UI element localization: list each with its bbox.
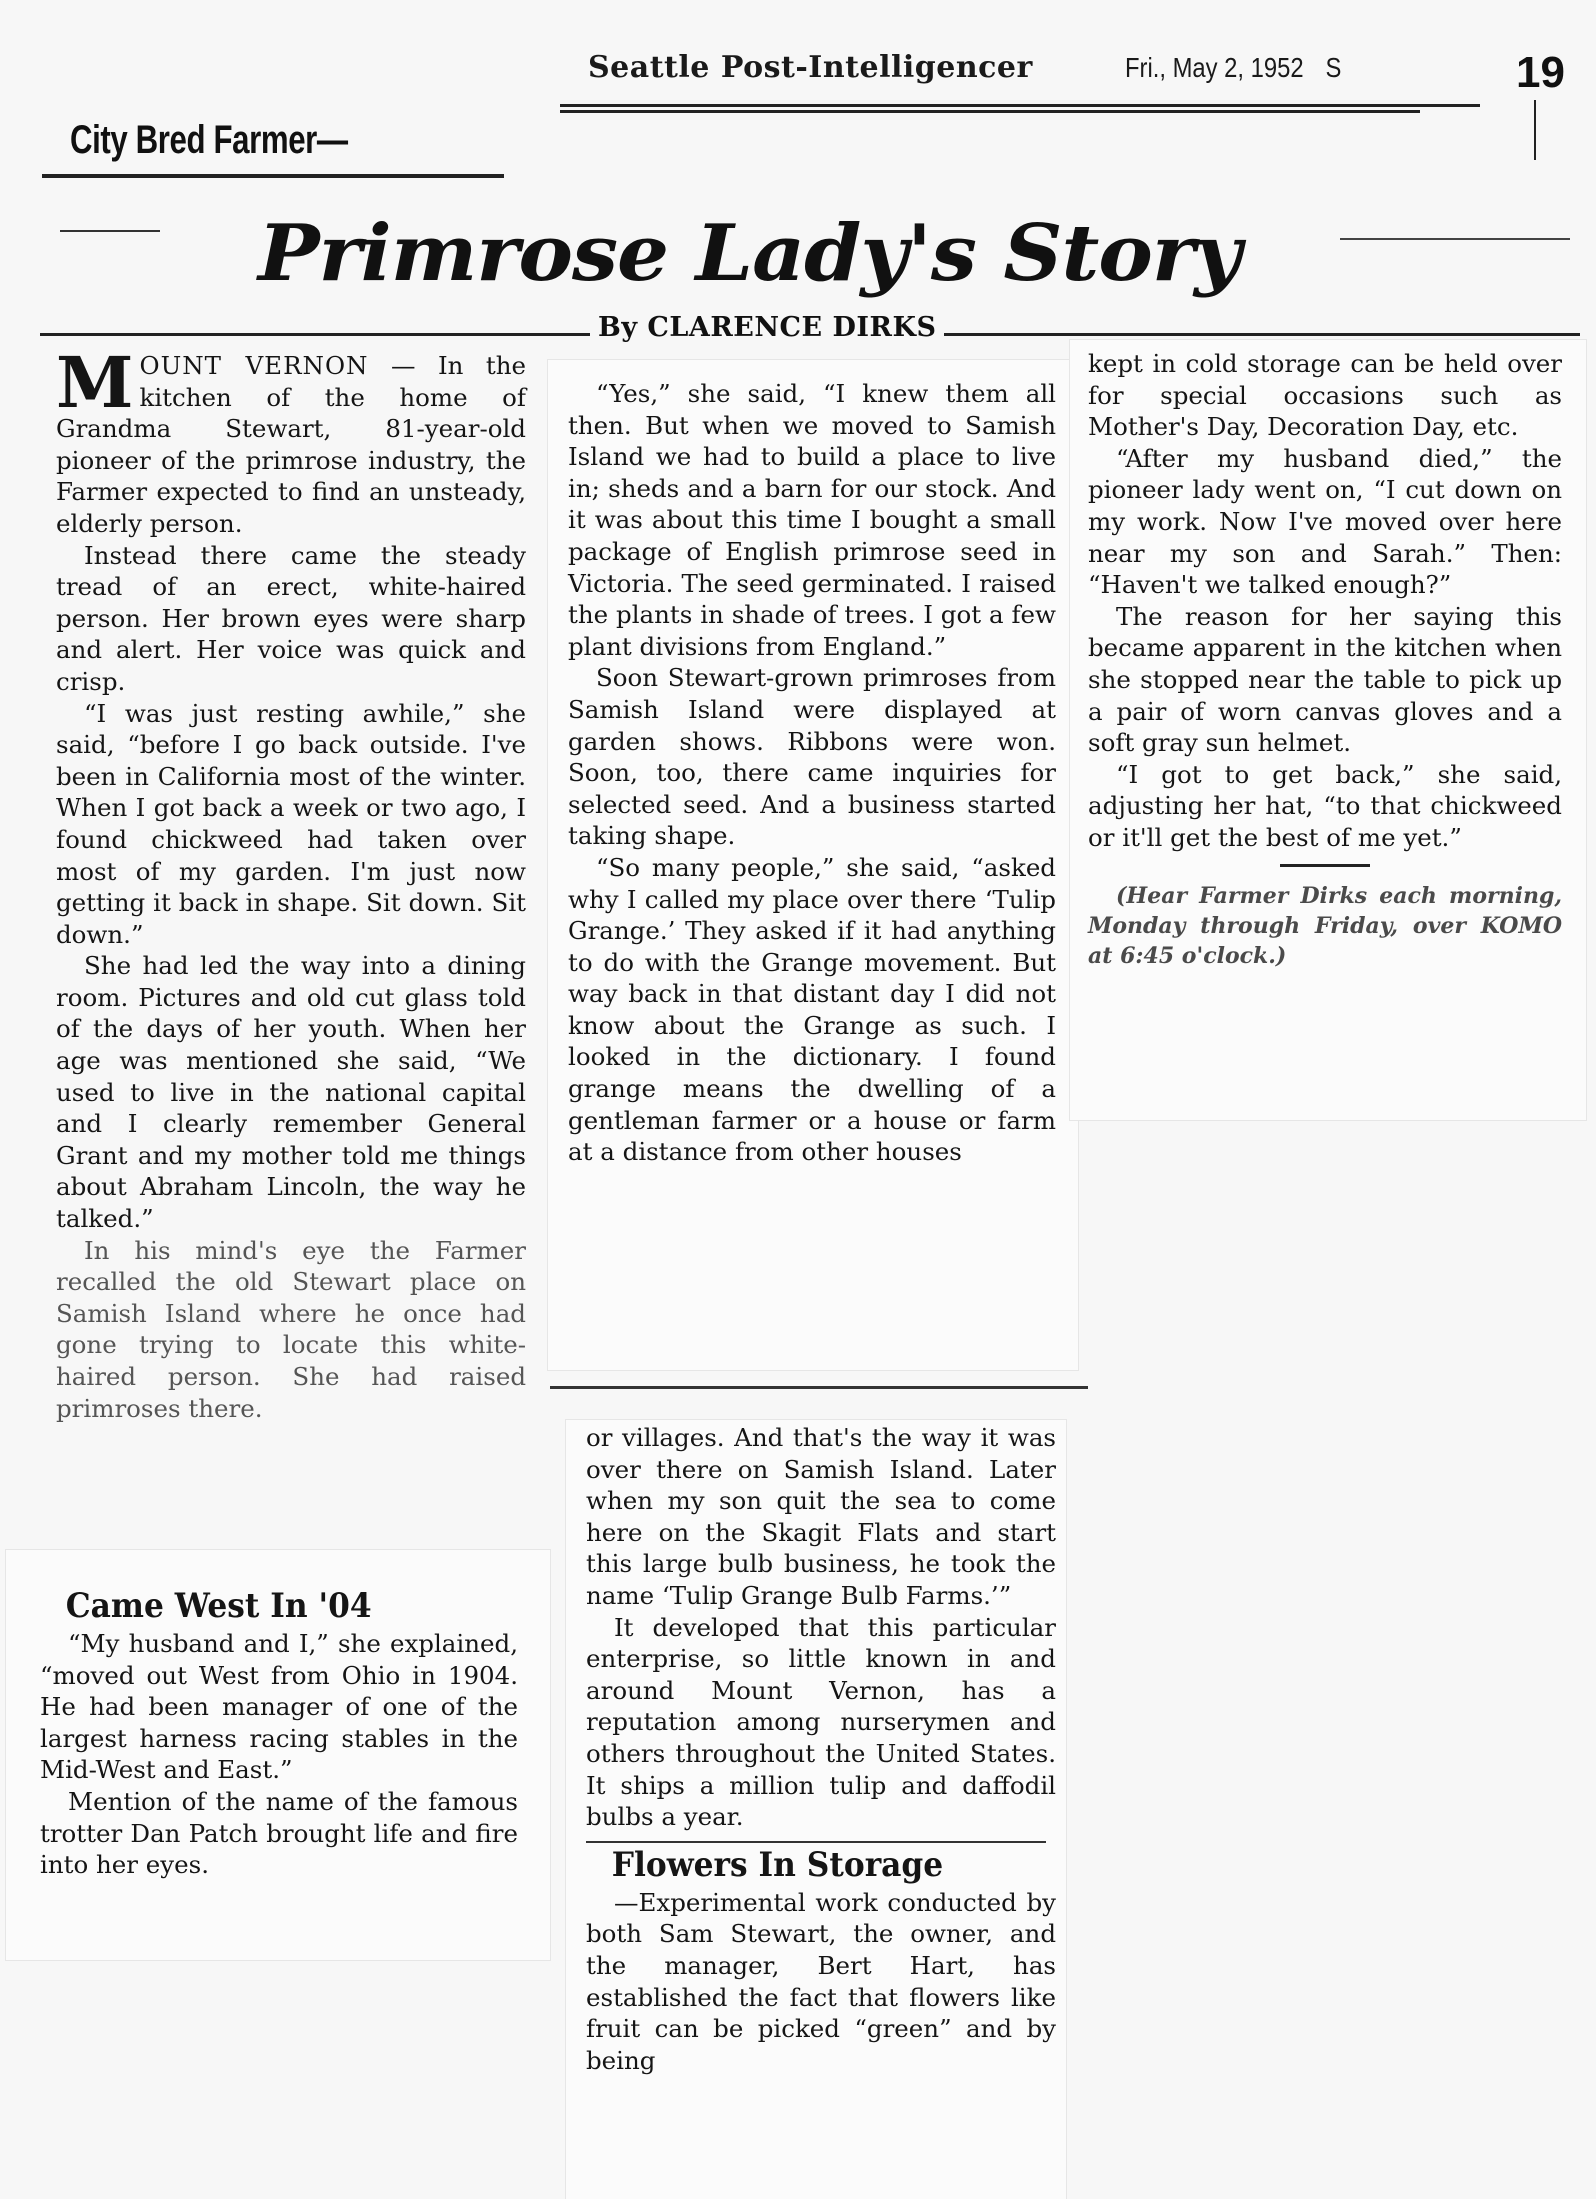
credit-rule — [1280, 864, 1370, 867]
article-column-3: kept in cold storage can be held over fo… — [1088, 348, 1562, 971]
paragraph: In his mind's eye the Farmer recalled th… — [56, 1235, 526, 1425]
paragraph: It developed that this particular enterp… — [586, 1612, 1056, 1833]
article-column-2-continued: or villages. And that's the way it was o… — [586, 1422, 1056, 2076]
dateline: OUNT VERNON — [140, 351, 369, 380]
column-cut-rule — [550, 1386, 1088, 1389]
masthead: Seattle Post-Intelligencer Fri., May 2, … — [560, 48, 1560, 108]
subhead-came-west: Came West In '04 — [40, 1584, 480, 1628]
article-column-2: “Yes,” she said, “I knew them all then. … — [568, 378, 1056, 1168]
paragraph: kept in cold storage can be held over fo… — [1088, 348, 1562, 443]
paragraph: Mention of the name of the famous trotte… — [40, 1786, 518, 1881]
page-number: 19 — [1516, 48, 1565, 98]
paragraph: The reason for her saying this became ap… — [1088, 601, 1562, 759]
radio-credit: (Hear Farmer Dirks each morning, Monday … — [1088, 881, 1562, 971]
paragraph: “I got to get back,” she said, adjusting… — [1088, 759, 1562, 854]
lead-paragraph: MOUNT VERNON — In the kitchen of the hom… — [56, 350, 526, 540]
masthead-rule — [560, 104, 1480, 107]
section-came-west: Came West In '04 “My husband and I,” she… — [40, 1584, 518, 1881]
masthead-rule — [560, 110, 1420, 113]
page-number-rule — [1534, 100, 1536, 160]
headline-rule — [1340, 238, 1570, 240]
date-text: Fri., May 2, 1952 — [1125, 52, 1304, 83]
paragraph: “My husband and I,” she explained, “move… — [40, 1628, 518, 1786]
paragraph: “So many people,” she said, “asked why I… — [568, 852, 1056, 1168]
column-kicker: City Bred Farmer— — [70, 118, 348, 163]
paragraph: or villages. And that's the way it was o… — [586, 1422, 1056, 1612]
subhead-flowers-in-storage: Flowers In Storage — [586, 1843, 1018, 1887]
paragraph: “After my husband died,” the pioneer lad… — [1088, 443, 1562, 601]
paragraph: “I was just resting awhile,” she said, “… — [56, 698, 526, 951]
kicker-rule — [42, 174, 504, 178]
publication-date: Fri., May 2, 1952 S — [1125, 52, 1341, 84]
edition-letter: S — [1325, 52, 1341, 83]
headline: Primrose Lady's Story — [258, 208, 1241, 299]
newspaper-name: Seattle Post-Intelligencer — [588, 50, 1033, 85]
paragraph: She had led the way into a dining room. … — [56, 950, 526, 1234]
paragraph: Instead there came the steady tread of a… — [56, 540, 526, 698]
headline-rule — [60, 230, 160, 232]
paragraph: “Yes,” she said, “I knew them all then. … — [568, 378, 1056, 662]
paragraph: —Experimental work conducted by both Sam… — [586, 1887, 1056, 2077]
drop-cap: M — [56, 354, 134, 412]
article-column-1: MOUNT VERNON — In the kitchen of the hom… — [56, 350, 526, 1424]
byline: By CLARENCE DIRKS — [590, 312, 944, 343]
paragraph: Soon Stewart-grown primroses from Samish… — [568, 662, 1056, 852]
